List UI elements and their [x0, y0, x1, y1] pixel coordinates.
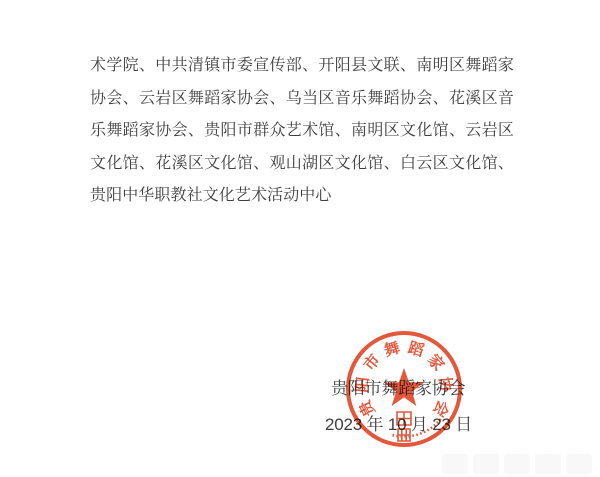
body-paragraph: 术学院、中共清镇市委宣传部、开阳县文联、南明区舞蹈家 协会、云岩区舞蹈家协会、乌… [90, 50, 514, 213]
seal-arc-char: 蹈 [406, 337, 427, 360]
faint-watermark-block [566, 454, 592, 474]
seal-arc-char: 协 [435, 376, 455, 394]
seal-arc-char: 会 [429, 397, 453, 420]
faint-watermark-block [504, 454, 530, 474]
body-line-4: 文化馆、花溪区文化馆、观山湖区文化馆、白云区文化馆、 [90, 148, 514, 181]
official-seal-stamp: 贵 阳 市 舞 蹈 家 协 会 [342, 327, 466, 451]
faint-watermark-block [473, 454, 499, 474]
seal-arc-char: 舞 [382, 337, 403, 360]
body-line-1: 术学院、中共清镇市委宣传部、开阳县文联、南明区舞蹈家 [90, 50, 514, 83]
faint-watermark [442, 454, 592, 474]
body-line-2: 协会、云岩区舞蹈家协会、乌当区音乐舞蹈协会、花溪区音 [90, 83, 514, 116]
faint-watermark-block [535, 454, 561, 474]
faint-watermark-block [442, 454, 468, 474]
seal-svg: 贵 阳 市 舞 蹈 家 协 会 [342, 327, 466, 451]
seal-arc-char: 阳 [352, 376, 373, 393]
body-line-3: 乐舞蹈家协会、贵阳市群众艺术馆、南明区文化馆、云岩区 [90, 115, 514, 148]
seal-arc-char: 贵 [355, 396, 379, 419]
star-icon [384, 368, 424, 406]
document-page: 术学院、中共清镇市委宣传部、开阳县文联、南明区舞蹈家 协会、云岩区舞蹈家协会、乌… [0, 0, 600, 477]
body-line-5: 贵阳中华职教社文化艺术活动中心 [90, 180, 514, 213]
